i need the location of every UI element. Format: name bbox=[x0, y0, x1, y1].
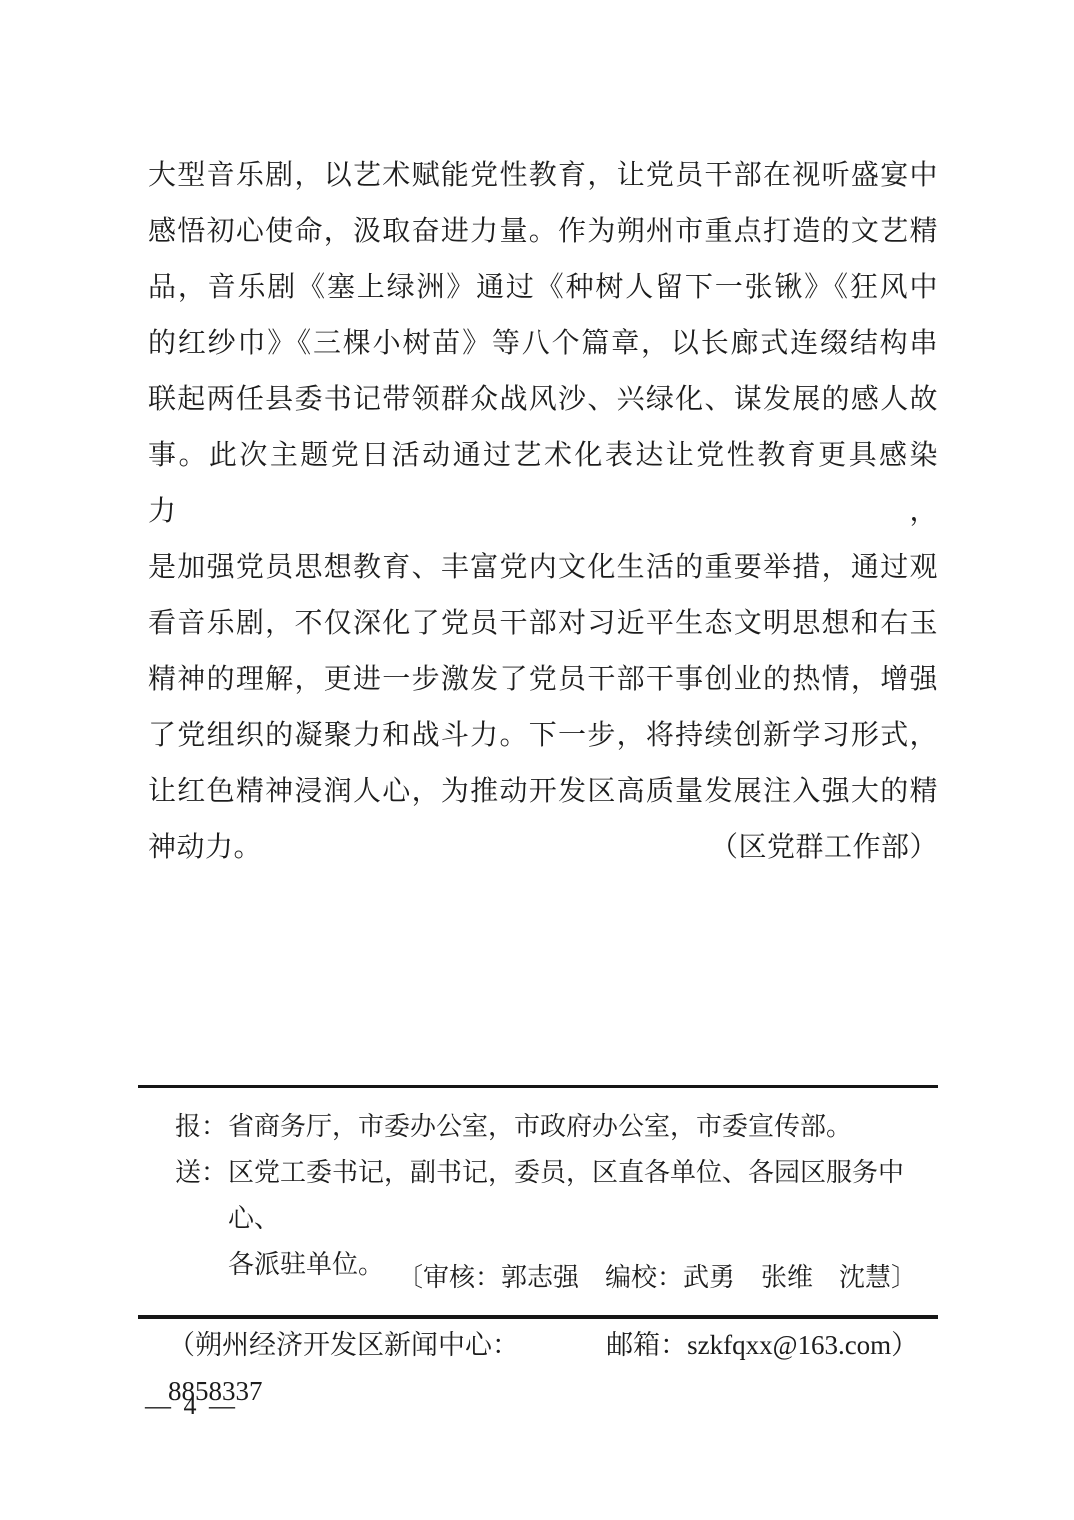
report-text: 省商务厅，市委办公室，市政府办公室，市委宣传部。 bbox=[228, 1104, 938, 1150]
body-line: 看音乐剧，不仅深化了党员干部对习近平生态文明思想和右玉 bbox=[148, 596, 938, 652]
news-center-email: 邮箱：szkfqxx@163.com） bbox=[606, 1322, 913, 1368]
body-line: 是加强党员思想教育、丰富党内文化生活的重要举措，通过观 bbox=[148, 540, 938, 596]
body-line: 品，音乐剧《塞上绿洲》通过《种树人留下一张锹》《狂风中 bbox=[148, 260, 938, 316]
body-last-line-text: 神动力。 bbox=[148, 820, 262, 876]
body-line: 精神的理解，更进一步激发了党员干部干事创业的热情，增强 bbox=[148, 652, 938, 708]
body-line: 感悟初心使命，汲取奋进力量。作为朔州市重点打造的文艺精 bbox=[148, 204, 938, 260]
separator-rule-top bbox=[138, 1085, 938, 1088]
review-editors-line: 〔审核：郭志强 编校：武勇 张维 沈慧〕 bbox=[138, 1255, 917, 1301]
send-label: 送： bbox=[175, 1150, 228, 1196]
author-signature: （区党群工作部） bbox=[710, 820, 938, 876]
page-number: — 4 — bbox=[145, 1384, 238, 1428]
body-line: 事。此次主题党日活动通过艺术化表达让党性教育更具感染力， bbox=[148, 428, 938, 540]
body-last-line: 神动力。 （区党群工作部） bbox=[148, 820, 938, 876]
body-line: 让红色精神浸润人心，为推动开发区高质量发展注入强大的精 bbox=[148, 764, 938, 820]
document-page: 大型音乐剧，以艺术赋能党性教育，让党员干部在视听盛宴中 感悟初心使命，汲取奋进力… bbox=[0, 0, 1074, 1520]
report-row: 报： 省商务厅，市委办公室，市政府办公室，市委宣传部。 bbox=[175, 1104, 938, 1150]
report-label: 报： bbox=[175, 1104, 228, 1150]
body-line: 大型音乐剧，以艺术赋能党性教育，让党员干部在视听盛宴中 bbox=[148, 148, 938, 204]
contact-line: （朔州经济开发区新闻中心：8858337 邮箱：szkfqxx@163.com） bbox=[168, 1322, 913, 1414]
body-line: 的红纱巾》《三棵小树苗》等八个篇章，以长廊式连缀结构串 bbox=[148, 316, 938, 372]
separator-rule-bottom bbox=[138, 1315, 938, 1319]
body-paragraph: 大型音乐剧，以艺术赋能党性教育，让党员干部在视听盛宴中 感悟初心使命，汲取奋进力… bbox=[148, 148, 938, 876]
body-line: 联起两任县委书记带领群众战风沙、兴绿化、谋发展的感人故 bbox=[148, 372, 938, 428]
body-line: 了党组织的凝聚力和战斗力。下一步，将持续创新学习形式， bbox=[148, 708, 938, 764]
send-text-line: 区党工委书记，副书记，委员，区直各单位、各园区服务中心、 bbox=[228, 1150, 938, 1242]
